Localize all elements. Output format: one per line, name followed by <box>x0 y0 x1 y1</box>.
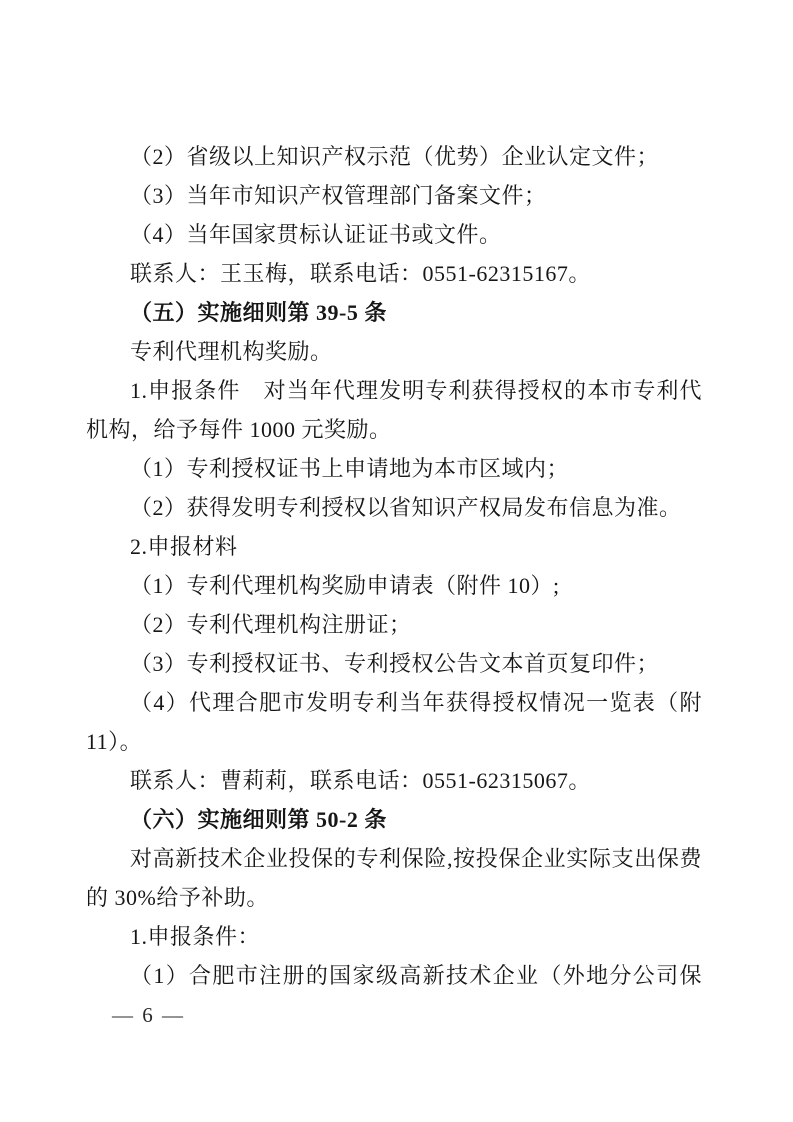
paragraph-line: （4）代理合肥市发明专利当年获得授权情况一览表（附件 <box>86 683 702 722</box>
document-page: （2）省级以上知识产权示范（优势）企业认定文件； （3）当年市知识产权管理部门备… <box>0 0 793 1122</box>
paragraph-line: （1）专利代理机构奖励申请表（附件 10）; <box>86 566 702 605</box>
paragraph-line: （2）专利代理机构注册证； <box>86 605 702 644</box>
section-heading: （六）实施细则第 50-2 条 <box>86 800 702 839</box>
paragraph-line: （1）专利授权证书上申请地为本市区域内； <box>86 449 702 488</box>
paragraph-line: （3）专利授权证书、专利授权公告文本首页复印件； <box>86 644 702 683</box>
paragraph-line: （2）省级以上知识产权示范（优势）企业认定文件； <box>86 137 702 176</box>
section-heading: （五）实施细则第 39-5 条 <box>86 293 702 332</box>
paragraph-line: 1.申报条件 对当年代理发明专利获得授权的本市专利代理 <box>86 371 702 410</box>
paragraph-line: 机构，给予每件 1000 元奖励。 <box>86 410 702 449</box>
paragraph-line: 的 30%给予补助。 <box>86 878 702 917</box>
document-content: （2）省级以上知识产权示范（优势）企业认定文件； （3）当年市知识产权管理部门备… <box>86 137 702 995</box>
paragraph-line: 11）。 <box>86 722 702 761</box>
paragraph-line: （3）当年市知识产权管理部门备案文件； <box>86 176 702 215</box>
paragraph-line: （1）合肥市注册的国家级高新技术企业（外地分公司保费 <box>86 956 702 995</box>
contact-line: 联系人：王玉梅，联系电话：0551-62315167。 <box>86 254 702 293</box>
paragraph-line: （4）当年国家贯标认证证书或文件。 <box>86 215 702 254</box>
paragraph-line: （2）获得发明专利授权以省知识产权局发布信息为准。 <box>86 488 702 527</box>
paragraph-line: 专利代理机构奖励。 <box>86 332 702 371</box>
contact-line: 联系人：曹莉莉，联系电话：0551-62315067。 <box>86 761 702 800</box>
paragraph-line: 对高新技术企业投保的专利保险,按投保企业实际支出保费 <box>86 839 702 878</box>
page-number: — 6 — <box>112 1000 185 1030</box>
paragraph-line: 1.申报条件： <box>86 917 702 956</box>
paragraph-line: 2.申报材料 <box>86 527 702 566</box>
